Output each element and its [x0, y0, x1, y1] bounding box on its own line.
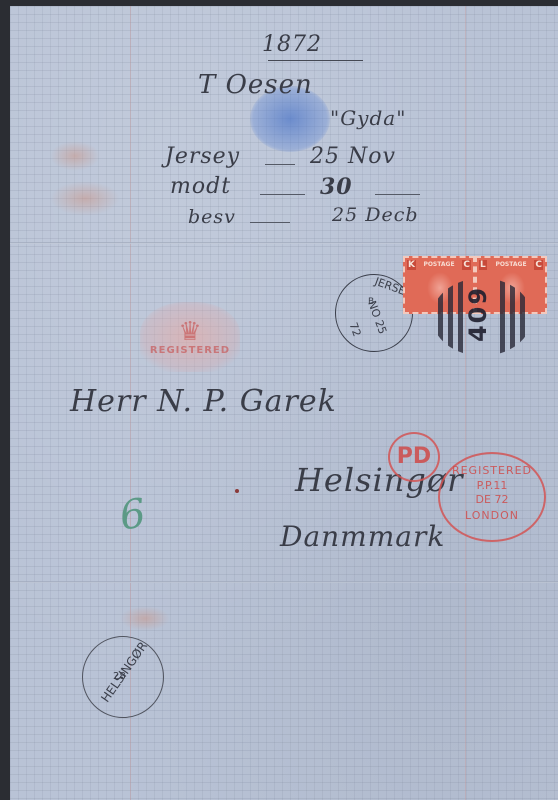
docket-value: 30	[320, 174, 353, 200]
cancel-numeral: 409	[464, 286, 492, 342]
pd-handstamp: PD	[388, 432, 440, 482]
foxing-stain	[50, 181, 120, 216]
docket-dash	[265, 164, 295, 165]
jersey-cds-postmark: JERSEY B NO 25 72	[335, 274, 413, 352]
docket-label: modt	[170, 174, 231, 199]
docket-value: 25 Nov	[310, 144, 396, 169]
fold-line	[10, 242, 558, 244]
docket-dash	[375, 194, 420, 195]
year-underline	[268, 60, 363, 61]
registered-london-oval-handstamp: REGISTERED P.P.11 DE 72 LONDON	[438, 452, 546, 542]
docket-dash	[260, 194, 305, 195]
fold-line	[10, 581, 558, 583]
address-line-1: Herr N. P. Garek	[70, 384, 337, 419]
helsingor-cds-postmark: HELSINGØR 28	[82, 636, 164, 718]
docket-ship: "Gyda"	[330, 106, 406, 130]
docket-value: 25 Decb	[332, 204, 419, 226]
foxing-stain	[50, 141, 100, 171]
letter-sheet: 1872 T Oesen "Gyda" Jersey 25 Nov modt 3…	[10, 6, 558, 800]
foxing-stain	[120, 606, 170, 631]
docket-dash	[250, 222, 290, 223]
margin-line	[465, 6, 466, 800]
address-line-3: Danmmark	[280, 520, 445, 553]
crown-registered-handstamp: ♛ REGISTERED	[140, 302, 240, 372]
crown-icon: ♛	[178, 319, 201, 345]
ink-dot	[235, 489, 239, 493]
docket-year: 1872	[262, 32, 322, 57]
docket-label: Jersey	[165, 144, 240, 169]
docket-sender: T Oesen	[198, 70, 313, 100]
manuscript-numeral: 6	[117, 490, 149, 539]
docket-label: besv	[188, 206, 236, 228]
